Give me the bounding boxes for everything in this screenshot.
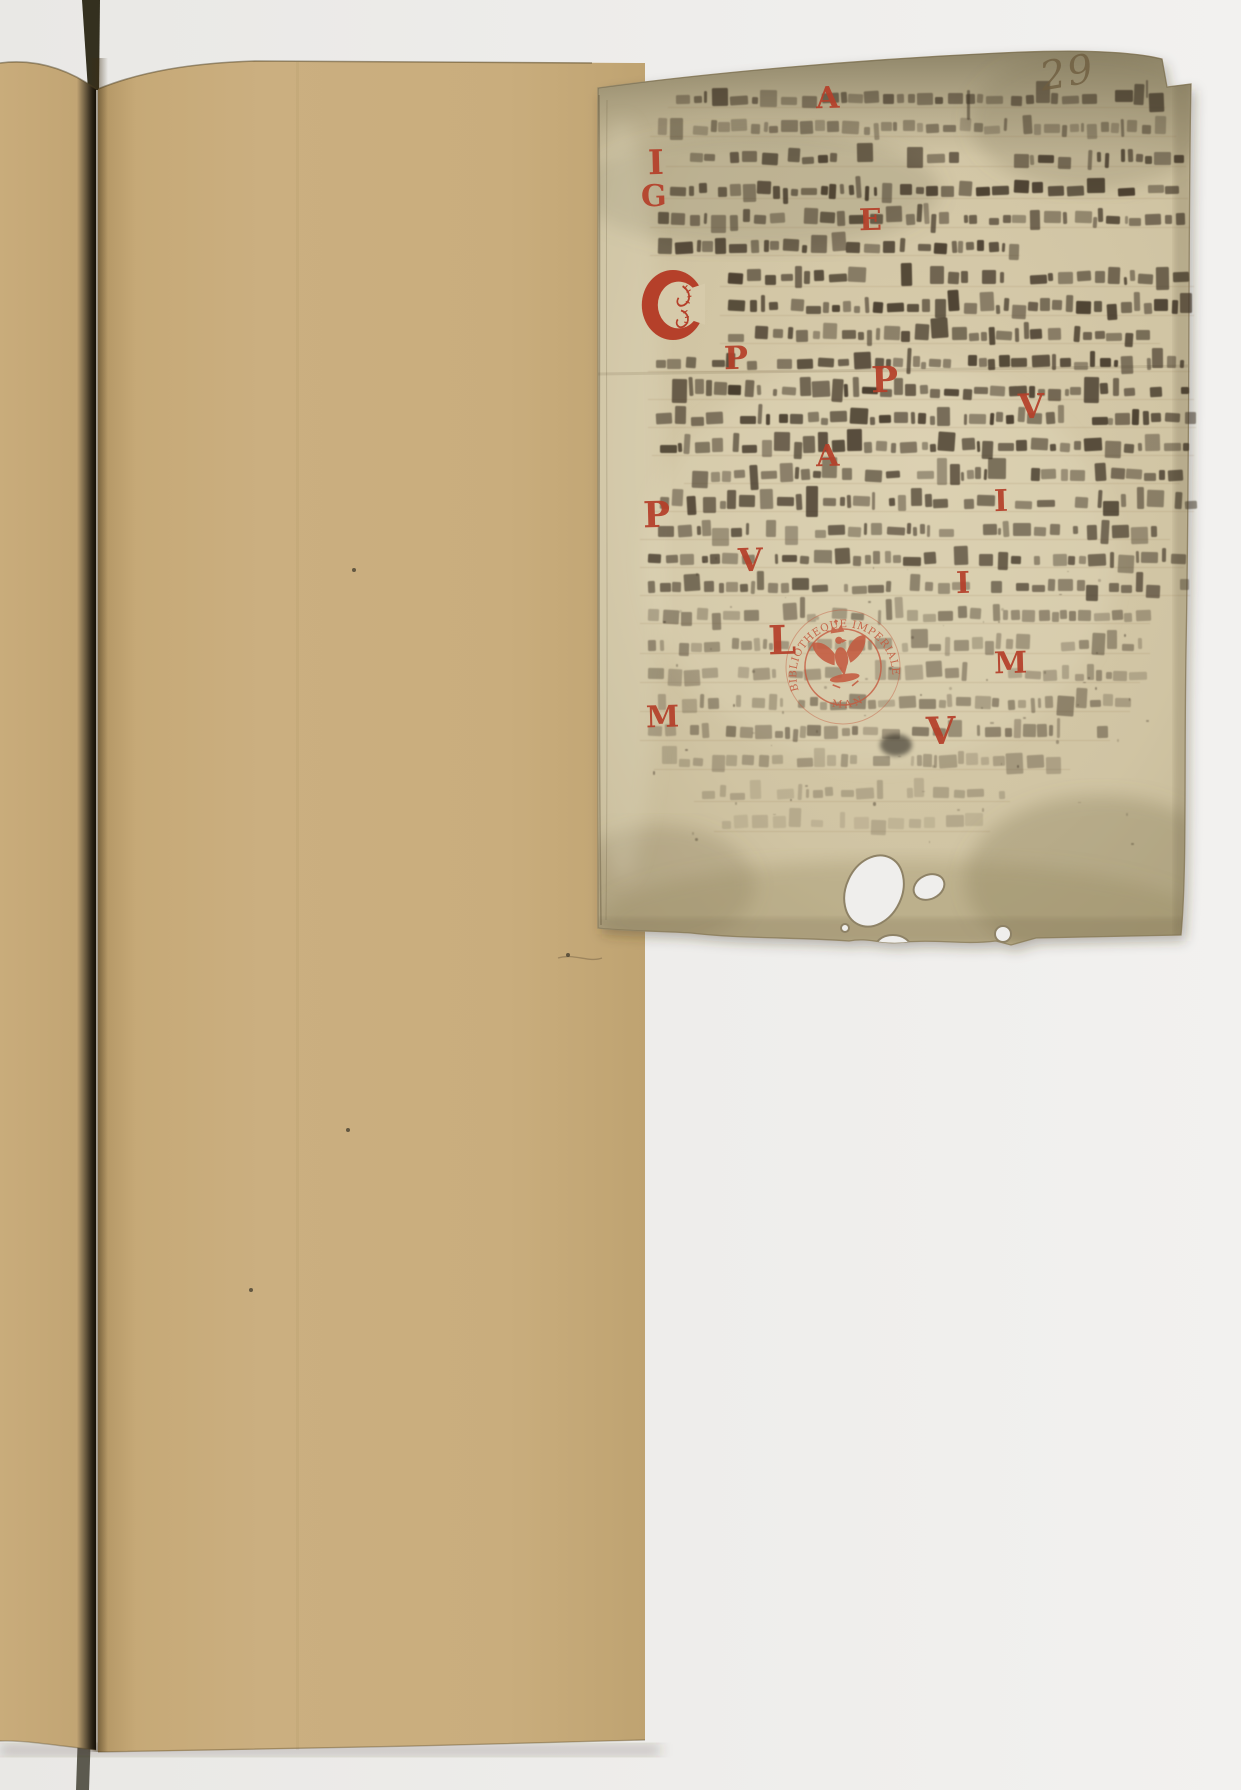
ink-stroke	[743, 184, 756, 202]
ink-stroke	[733, 704, 736, 707]
ink-stroke	[841, 790, 854, 797]
ink-stroke	[956, 697, 971, 707]
ink-stroke	[842, 468, 852, 480]
ink-stroke	[1030, 210, 1040, 230]
ink-stroke	[1077, 704, 1079, 706]
ink-stroke	[1114, 359, 1118, 366]
ink-stroke	[774, 432, 790, 451]
ink-stroke	[693, 96, 701, 104]
ink-stroke	[1087, 525, 1098, 540]
ruling-line	[640, 740, 1110, 741]
ink-stroke	[1096, 670, 1102, 681]
ink-stroke	[901, 330, 910, 341]
ink-stroke	[978, 358, 986, 368]
ink-stroke	[814, 120, 824, 131]
ink-stroke	[832, 305, 840, 312]
ink-stroke	[1113, 671, 1127, 681]
ink-stroke	[697, 240, 702, 253]
ink-stroke	[1062, 665, 1069, 679]
ink-stroke	[1004, 298, 1010, 311]
ink-stroke	[719, 583, 725, 593]
ink-stroke	[1115, 90, 1133, 102]
ink-stroke	[722, 471, 732, 482]
ink-stroke	[1150, 387, 1162, 398]
ink-stroke	[1067, 571, 1069, 572]
ink-stroke	[974, 387, 988, 395]
ink-stroke	[828, 525, 845, 535]
ink-stroke	[1015, 328, 1019, 342]
ink-stroke	[1180, 579, 1189, 590]
ink-stroke	[772, 755, 783, 765]
ink-stroke	[742, 151, 757, 162]
ink-stroke	[930, 444, 936, 452]
ink-stroke	[1076, 300, 1091, 314]
ink-stroke	[726, 581, 738, 591]
ink-stroke	[784, 727, 789, 739]
ink-stroke	[943, 625, 945, 627]
ink-stroke	[1084, 376, 1099, 402]
ink-stroke	[1070, 470, 1085, 482]
ink-stroke	[910, 573, 921, 591]
ink-stroke	[1172, 300, 1179, 314]
ink-stroke	[1049, 725, 1053, 736]
ink-stroke	[1037, 724, 1047, 737]
ink-stroke	[1044, 124, 1060, 133]
ink-stroke	[839, 497, 844, 507]
ink-stroke	[905, 383, 916, 396]
ink-stroke	[815, 530, 826, 538]
ink-stroke	[947, 694, 953, 707]
ink-stroke	[965, 813, 983, 826]
ink-stroke	[984, 125, 1000, 134]
ink-stroke	[761, 295, 765, 312]
ink-stroke	[704, 213, 708, 224]
ink-stroke	[763, 240, 768, 252]
ink-stroke	[1171, 554, 1187, 564]
ink-stroke	[720, 501, 726, 509]
ink-stroke	[1132, 409, 1139, 425]
ink-stroke	[929, 841, 930, 843]
rubric-initial-V: V	[926, 712, 956, 751]
ink-stroke	[770, 212, 785, 223]
ink-stroke	[893, 555, 901, 563]
ink-stroke	[769, 126, 778, 134]
ink-stroke	[844, 584, 849, 592]
ink-stroke	[690, 152, 703, 162]
ink-stroke	[1083, 332, 1092, 340]
ink-stroke	[1013, 718, 1021, 737]
ink-stroke	[842, 727, 851, 735]
ink-stroke	[702, 668, 718, 678]
ink-stroke	[691, 643, 702, 652]
ink-stroke	[730, 606, 732, 608]
ink-stroke	[926, 186, 938, 196]
ink-stroke	[653, 771, 656, 774]
ink-stroke	[1154, 152, 1171, 165]
ink-stroke	[1045, 412, 1055, 424]
ink-stroke	[757, 385, 762, 395]
ink-stroke	[831, 562, 832, 565]
ink-stroke	[883, 94, 894, 104]
ink-stroke	[1034, 124, 1041, 135]
rubric-initial-P: P	[871, 362, 899, 399]
ink-stroke	[977, 441, 981, 452]
ink-stroke	[685, 749, 688, 752]
ink-stroke	[894, 412, 908, 423]
ink-stroke	[818, 155, 829, 163]
ink-stroke	[886, 471, 901, 479]
ink-stroke	[1004, 118, 1008, 131]
ink-stroke	[945, 668, 960, 678]
ink-stroke	[790, 298, 804, 310]
ink-stroke	[881, 122, 892, 132]
ink-stroke	[1124, 388, 1136, 397]
ink-stroke	[886, 205, 903, 222]
rubric-initial-M: M	[994, 649, 1028, 680]
ink-stroke	[1074, 326, 1081, 342]
ink-stroke	[1096, 726, 1107, 738]
ink-stroke	[998, 528, 1001, 535]
ink-stroke	[1108, 418, 1113, 425]
ink-stroke	[1103, 501, 1119, 516]
ink-stroke	[739, 584, 747, 593]
ink-stroke	[1121, 149, 1125, 162]
ink-stroke	[965, 242, 973, 250]
ink-stroke	[781, 97, 797, 106]
ink-stroke	[964, 414, 967, 425]
rubric-initial-I: I	[648, 146, 665, 180]
ink-stroke	[853, 496, 870, 507]
ink-stroke	[703, 497, 716, 513]
rubric-initial-L: L	[767, 621, 796, 662]
ink-stroke	[730, 183, 741, 195]
ink-stroke	[711, 472, 720, 482]
ink-stroke	[800, 555, 810, 563]
ink-stroke	[1056, 740, 1059, 743]
ink-stroke	[961, 438, 974, 451]
ink-stroke	[1180, 360, 1184, 368]
ink-stroke	[1095, 463, 1107, 482]
ink-stroke	[957, 809, 960, 810]
ink-stroke	[887, 302, 904, 312]
ink-stroke	[989, 241, 1000, 252]
ink-stroke	[1002, 243, 1006, 253]
ink-stroke	[1147, 185, 1164, 193]
ink-stroke	[903, 120, 915, 131]
ink-stroke	[804, 271, 810, 284]
ink-stroke	[918, 244, 931, 251]
ink-stroke	[712, 528, 729, 546]
ink-stroke	[773, 815, 786, 828]
ink-stroke	[1023, 717, 1026, 719]
ink-stroke	[679, 554, 693, 565]
ink-stroke	[903, 557, 921, 566]
ink-stroke	[962, 662, 968, 681]
ink-stroke	[695, 379, 704, 394]
ink-stroke	[711, 87, 727, 105]
ink-stroke	[1066, 186, 1083, 197]
ink-stroke	[737, 667, 749, 678]
ink-stroke	[842, 121, 860, 135]
ink-stroke	[690, 725, 699, 735]
ink-stroke	[739, 495, 755, 507]
ink-stroke	[675, 406, 686, 425]
ink-stroke	[980, 291, 995, 311]
ink-stroke	[943, 125, 956, 133]
ink-stroke	[766, 414, 770, 425]
ink-stroke	[758, 754, 768, 766]
ink-stroke	[692, 758, 702, 767]
ink-stroke	[1031, 698, 1036, 713]
ink-stroke	[700, 694, 705, 708]
ink-stroke	[678, 524, 692, 536]
ink-stroke	[774, 554, 778, 564]
ink-stroke	[1154, 299, 1168, 311]
ink-stroke	[927, 154, 945, 164]
ink-stroke	[945, 815, 963, 827]
ink-stroke	[912, 356, 919, 367]
ruling-line	[640, 595, 1190, 596]
ink-stroke	[939, 755, 958, 769]
ink-stroke	[937, 432, 955, 452]
ink-stroke	[838, 359, 850, 367]
ink-stroke	[1013, 523, 1031, 536]
ink-stroke	[841, 754, 849, 767]
ink-stroke	[930, 389, 940, 398]
ink-stroke	[679, 759, 690, 767]
ink-stroke	[695, 838, 698, 841]
ink-stroke	[730, 96, 748, 106]
paper-speck	[249, 1288, 253, 1292]
ink-stroke	[924, 551, 937, 564]
ink-stroke	[935, 299, 946, 318]
stamp-bottom-text: MAN	[830, 693, 868, 713]
ink-stroke	[969, 413, 986, 423]
ink-stroke	[930, 318, 948, 339]
ink-stroke	[749, 465, 759, 490]
ink-stroke	[797, 758, 813, 768]
ink-stroke	[1011, 357, 1027, 366]
ink-stroke	[950, 464, 960, 485]
ink-stroke	[876, 440, 887, 450]
ink-stroke	[1058, 157, 1071, 169]
ink-stroke	[1000, 272, 1004, 283]
rubric-initial-P: P	[724, 342, 749, 375]
ink-stroke	[977, 495, 995, 507]
ink-stroke	[1126, 469, 1143, 480]
ink-stroke	[1095, 331, 1105, 340]
ink-stroke	[1050, 443, 1056, 450]
ink-stroke	[1147, 358, 1151, 370]
ink-stroke	[985, 641, 994, 655]
ink-stroke	[916, 93, 933, 105]
ink-stroke	[1142, 411, 1149, 425]
ink-stroke	[675, 242, 693, 255]
ink-stroke	[801, 245, 806, 254]
ink-stroke	[1013, 180, 1029, 194]
ink-stroke	[1173, 271, 1190, 281]
ink-stroke	[891, 443, 896, 453]
ink-stroke	[803, 208, 817, 224]
ink-stroke	[800, 376, 811, 396]
ink-stroke	[1185, 501, 1197, 510]
ink-stroke	[881, 183, 891, 203]
ink-stroke	[981, 332, 988, 342]
ink-stroke	[937, 458, 947, 485]
ink-stroke	[855, 176, 861, 199]
ink-stroke	[1079, 640, 1089, 649]
ink-stroke	[780, 463, 794, 482]
ink-stroke	[730, 215, 739, 231]
ink-stroke	[961, 472, 964, 481]
ink-stroke	[742, 445, 757, 454]
ink-stroke	[803, 436, 816, 454]
ink-stroke	[1120, 356, 1133, 374]
ink-stroke	[752, 698, 766, 709]
ink-stroke	[930, 214, 936, 233]
ink-stroke	[814, 748, 825, 767]
ink-stroke	[907, 569, 908, 570]
ink-stroke	[947, 290, 960, 311]
ink-stroke	[706, 412, 723, 424]
ink-stroke	[848, 185, 854, 196]
ink-stroke	[781, 120, 798, 133]
rubric-initial-A: A	[816, 442, 840, 473]
ink-stroke	[660, 583, 671, 592]
ink-stroke	[696, 607, 708, 620]
ink-stroke	[686, 496, 696, 516]
ink-stroke	[847, 266, 866, 282]
ink-stroke	[1104, 441, 1121, 458]
ink-stroke	[757, 404, 762, 424]
ink-stroke	[712, 613, 721, 630]
ink-stroke	[911, 636, 914, 639]
ink-stroke	[923, 613, 936, 622]
ink-stroke	[1155, 116, 1166, 134]
ink-stroke	[900, 442, 918, 454]
ink-stroke	[1146, 80, 1148, 98]
ink-stroke	[1097, 152, 1101, 162]
ink-stroke	[1106, 672, 1112, 680]
ink-stroke	[1118, 187, 1136, 196]
ink-stroke	[962, 388, 972, 400]
ink-stroke	[982, 270, 996, 284]
ink-stroke	[852, 586, 867, 594]
ink-stroke	[692, 125, 707, 135]
ink-stroke	[1031, 355, 1049, 368]
ink-stroke	[1174, 155, 1184, 163]
ink-stroke	[1146, 585, 1160, 599]
rubric-initial-P: P	[643, 497, 671, 534]
ink-stroke	[749, 300, 756, 312]
ink-stroke	[911, 756, 915, 766]
ink-stroke	[648, 640, 657, 652]
ink-stroke	[964, 499, 974, 509]
ink-stroke	[668, 668, 683, 686]
ink-stroke	[726, 726, 737, 737]
ink-stroke	[1136, 609, 1152, 621]
ink-stroke	[682, 699, 697, 713]
ink-stroke	[884, 551, 890, 563]
ink-stroke	[823, 302, 829, 313]
ink-stroke	[692, 471, 709, 488]
ink-stroke	[797, 359, 814, 369]
ink-stroke	[954, 546, 969, 565]
ink-stroke	[1060, 641, 1075, 651]
ink-stroke	[1181, 387, 1189, 395]
ink-stroke	[1041, 469, 1056, 480]
ink-stroke	[1135, 571, 1142, 592]
ink-stroke	[1003, 521, 1010, 538]
ink-stroke	[1124, 613, 1132, 622]
ink-stroke	[848, 94, 863, 104]
ink-stroke	[1075, 674, 1084, 681]
ink-stroke	[1094, 612, 1110, 620]
ink-stroke	[977, 725, 981, 736]
ink-stroke	[947, 271, 958, 284]
ink-stroke	[795, 466, 800, 478]
ink-stroke	[813, 331, 820, 339]
ink-stroke	[712, 438, 724, 452]
ink-stroke	[920, 524, 926, 534]
ink-stroke	[1112, 525, 1130, 538]
ink-stroke	[660, 640, 664, 651]
ink-stroke	[656, 412, 673, 424]
ruling-line	[720, 315, 1194, 316]
ink-stroke	[761, 152, 778, 164]
ink-stroke	[877, 780, 883, 799]
rubric-initial-V: V	[1018, 390, 1045, 425]
ink-stroke	[701, 519, 711, 535]
ink-stroke	[986, 96, 1003, 105]
ink-stroke	[1124, 276, 1128, 284]
ink-stroke	[1016, 440, 1027, 451]
rubric-initial-A: A	[816, 84, 840, 115]
ink-stroke	[929, 644, 941, 651]
ink-stroke	[754, 725, 771, 740]
ink-stroke	[917, 755, 922, 766]
ink-stroke	[840, 92, 847, 103]
ink-stroke	[691, 417, 704, 426]
ink-stroke	[905, 214, 915, 225]
ink-stroke	[982, 524, 996, 536]
ink-stroke	[787, 327, 793, 339]
ink-stroke	[1168, 470, 1184, 482]
ink-stroke	[964, 215, 968, 223]
ink-stroke	[754, 214, 767, 223]
ink-stroke	[981, 756, 989, 764]
ink-stroke	[853, 377, 860, 397]
ink-stroke	[934, 242, 947, 253]
ink-stroke	[1094, 301, 1102, 312]
ink-stroke	[1048, 388, 1061, 400]
folio-number: 29	[1036, 46, 1098, 101]
ink-stroke	[1128, 149, 1134, 162]
ink-stroke	[1113, 378, 1119, 396]
ink-stroke	[727, 490, 737, 510]
ink-stroke	[734, 470, 746, 479]
ink-stroke	[1164, 443, 1181, 451]
ink-stroke	[991, 698, 999, 708]
rubric-initial-E: E	[859, 206, 883, 237]
ink-stroke	[864, 90, 879, 103]
ink-stroke	[915, 324, 930, 341]
ink-stroke	[865, 469, 883, 481]
ink-stroke	[1015, 501, 1033, 510]
ink-stroke	[830, 153, 837, 162]
ink-stroke	[907, 788, 913, 799]
ink-stroke	[743, 610, 758, 622]
